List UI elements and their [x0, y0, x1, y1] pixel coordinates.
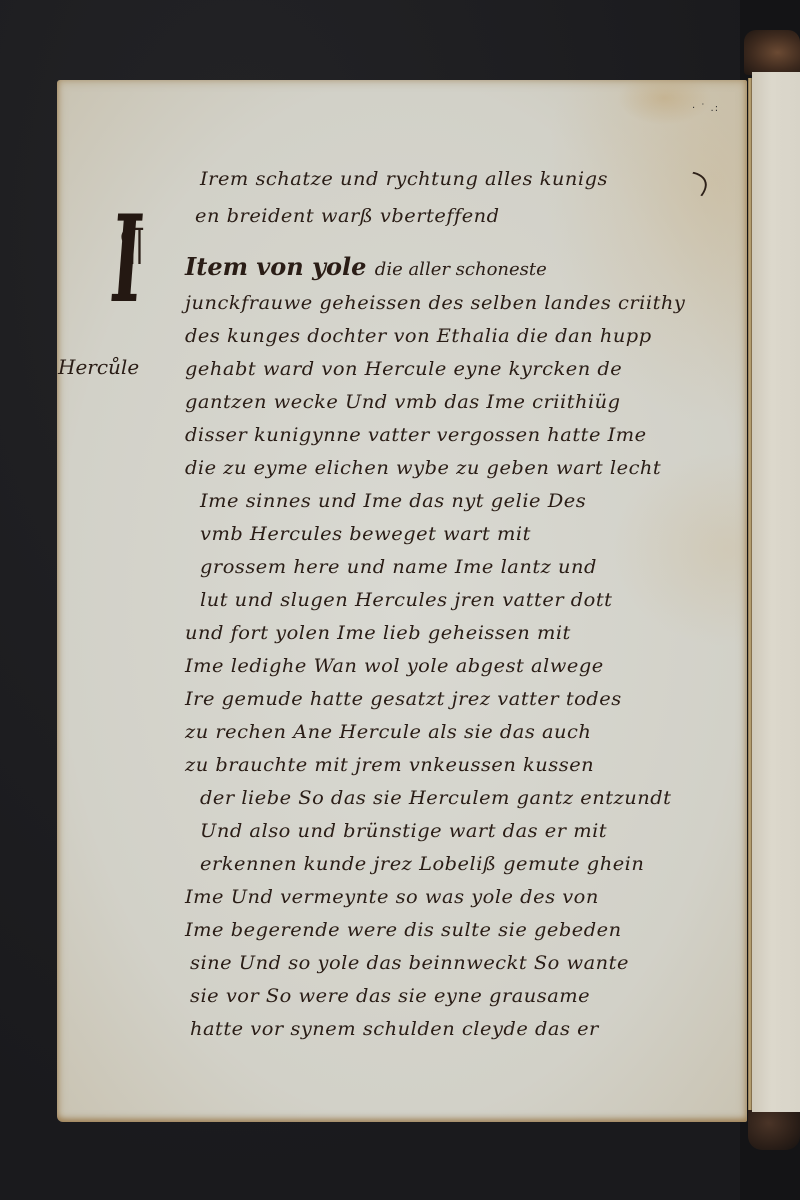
text-line: sine Und so yole das beinnweckt So wante — [190, 952, 629, 974]
text-line-top-2: en breident warß vberteffend — [195, 205, 500, 227]
text-line: des kunges dochter von Ethalia die dan h… — [185, 325, 652, 347]
text-line: der liebe So das sie Herculem gantz entz… — [200, 787, 671, 809]
text-line: Ime begerende were dis sulte sie gebeden — [185, 919, 622, 941]
gutter — [748, 78, 752, 1110]
text-line: Und also und brünstige wart das er mit — [200, 820, 607, 842]
text-line: zu brauchte mit jrem vnkeussen kussen — [185, 754, 594, 776]
text-line: grossem here und name Ime lantz und — [200, 556, 597, 578]
section-heading: Item von yole die aller schoneste — [185, 252, 547, 281]
ink-specks: · ˙ .: — [692, 103, 719, 114]
text-line: die zu eyme elichen wybe zu geben wart l… — [185, 457, 661, 479]
text-line: lut und slugen Hercules jren vatter dott — [200, 589, 612, 611]
text-line: sie vor So were das sie eyne grausame — [190, 985, 590, 1007]
text-line-top-1: Irem schatze und rychtung alles kunigs — [200, 168, 608, 190]
text-line: Ime ledighe Wan wol yole abgest alwege — [185, 655, 604, 677]
text-line: erkennen kunde jrez Lobeliß gemute ghein — [200, 853, 644, 875]
text-line: hatte vor synem schulden cleyde das er — [190, 1018, 599, 1040]
text-line: Ire gemude hatte gesatzt jrez vatter tod… — [185, 688, 622, 710]
text-line: Ime sinnes und Ime das nyt gelie Des — [200, 490, 586, 512]
text-line: junckfrauwe geheissen des selben landes … — [185, 292, 685, 314]
binding-leather-top — [744, 30, 800, 75]
text-line: gehabt ward von Hercule eyne kyrcken de — [185, 358, 622, 380]
text-line: zu rechen Ane Hercule als sie das auch — [185, 721, 591, 743]
heading-bold: Item von yole — [185, 252, 366, 281]
heading-rest: die aller schoneste — [375, 259, 547, 280]
margin-note: Hercůle — [58, 355, 139, 379]
facing-page-edge — [752, 72, 800, 1112]
text-line: vmb Hercules beweget wart mit — [200, 523, 531, 545]
text-line: und fort yolen Ime lieb geheissen mit — [185, 622, 571, 644]
text-line: gantzen wecke Und vmb das Ime criithiüg — [185, 391, 621, 413]
text-line: disser kunigynne vatter vergossen hatte … — [185, 424, 647, 446]
text-line: Ime Und vermeynte so was yole des von — [185, 886, 599, 908]
